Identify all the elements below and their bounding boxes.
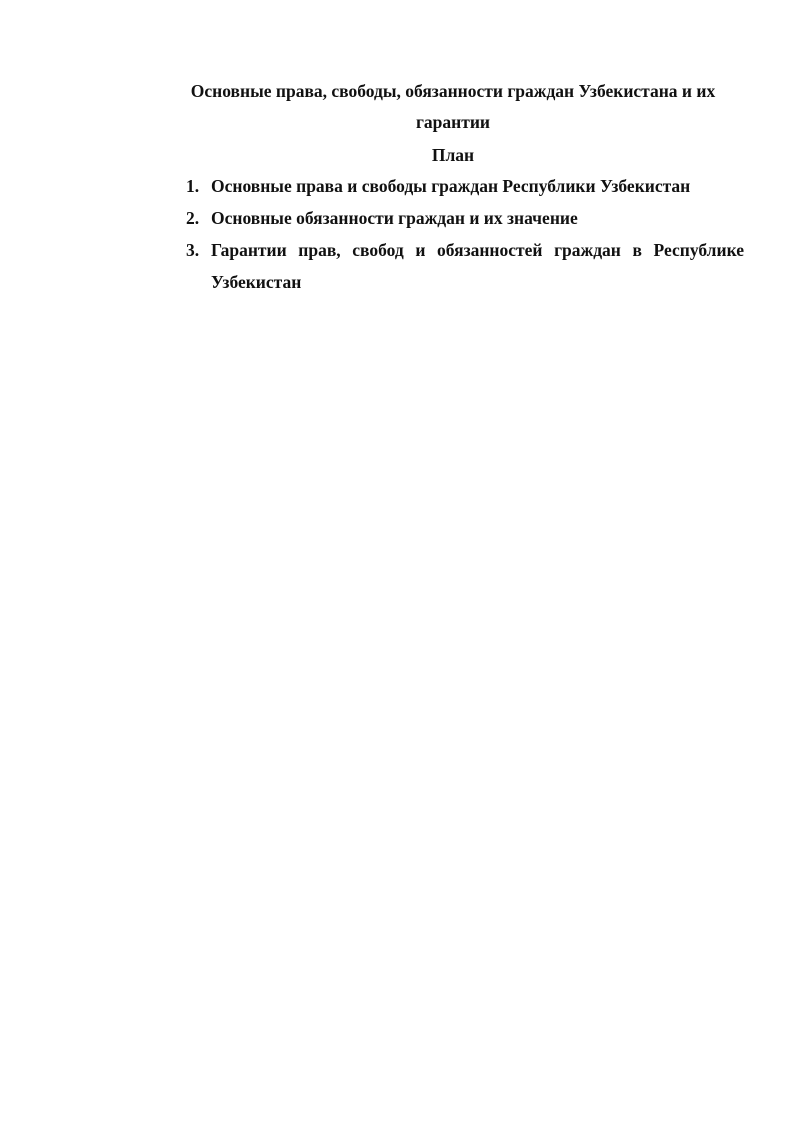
plan-item: 1. Основные права и свободы граждан Респ…: [186, 170, 744, 202]
plan-item-number: 3.: [186, 234, 199, 266]
plan-list: 1. Основные права и свободы граждан Респ…: [186, 170, 744, 298]
title-line-1: Основные права, свободы, обязанности гра…: [160, 76, 746, 107]
title-line-2: гарантии: [160, 107, 746, 138]
plan-item-number: 2.: [186, 202, 199, 234]
plan-item: 3. Гарантии прав, свобод и обязанностей …: [186, 234, 744, 298]
plan-item-text: Гарантии прав, свобод и обязанностей гра…: [211, 240, 744, 292]
plan-item: 2. Основные обязанности граждан и их зна…: [186, 202, 744, 234]
plan-item-text: Основные права и свободы граждан Республ…: [211, 176, 690, 196]
document-title: Основные права, свободы, обязанности гра…: [160, 76, 746, 138]
document-page: Основные права, свободы, обязанности гра…: [0, 0, 800, 1131]
plan-item-text: Основные обязанности граждан и их значен…: [211, 208, 578, 228]
plan-heading: План: [160, 140, 746, 171]
plan-item-number: 1.: [186, 170, 199, 202]
